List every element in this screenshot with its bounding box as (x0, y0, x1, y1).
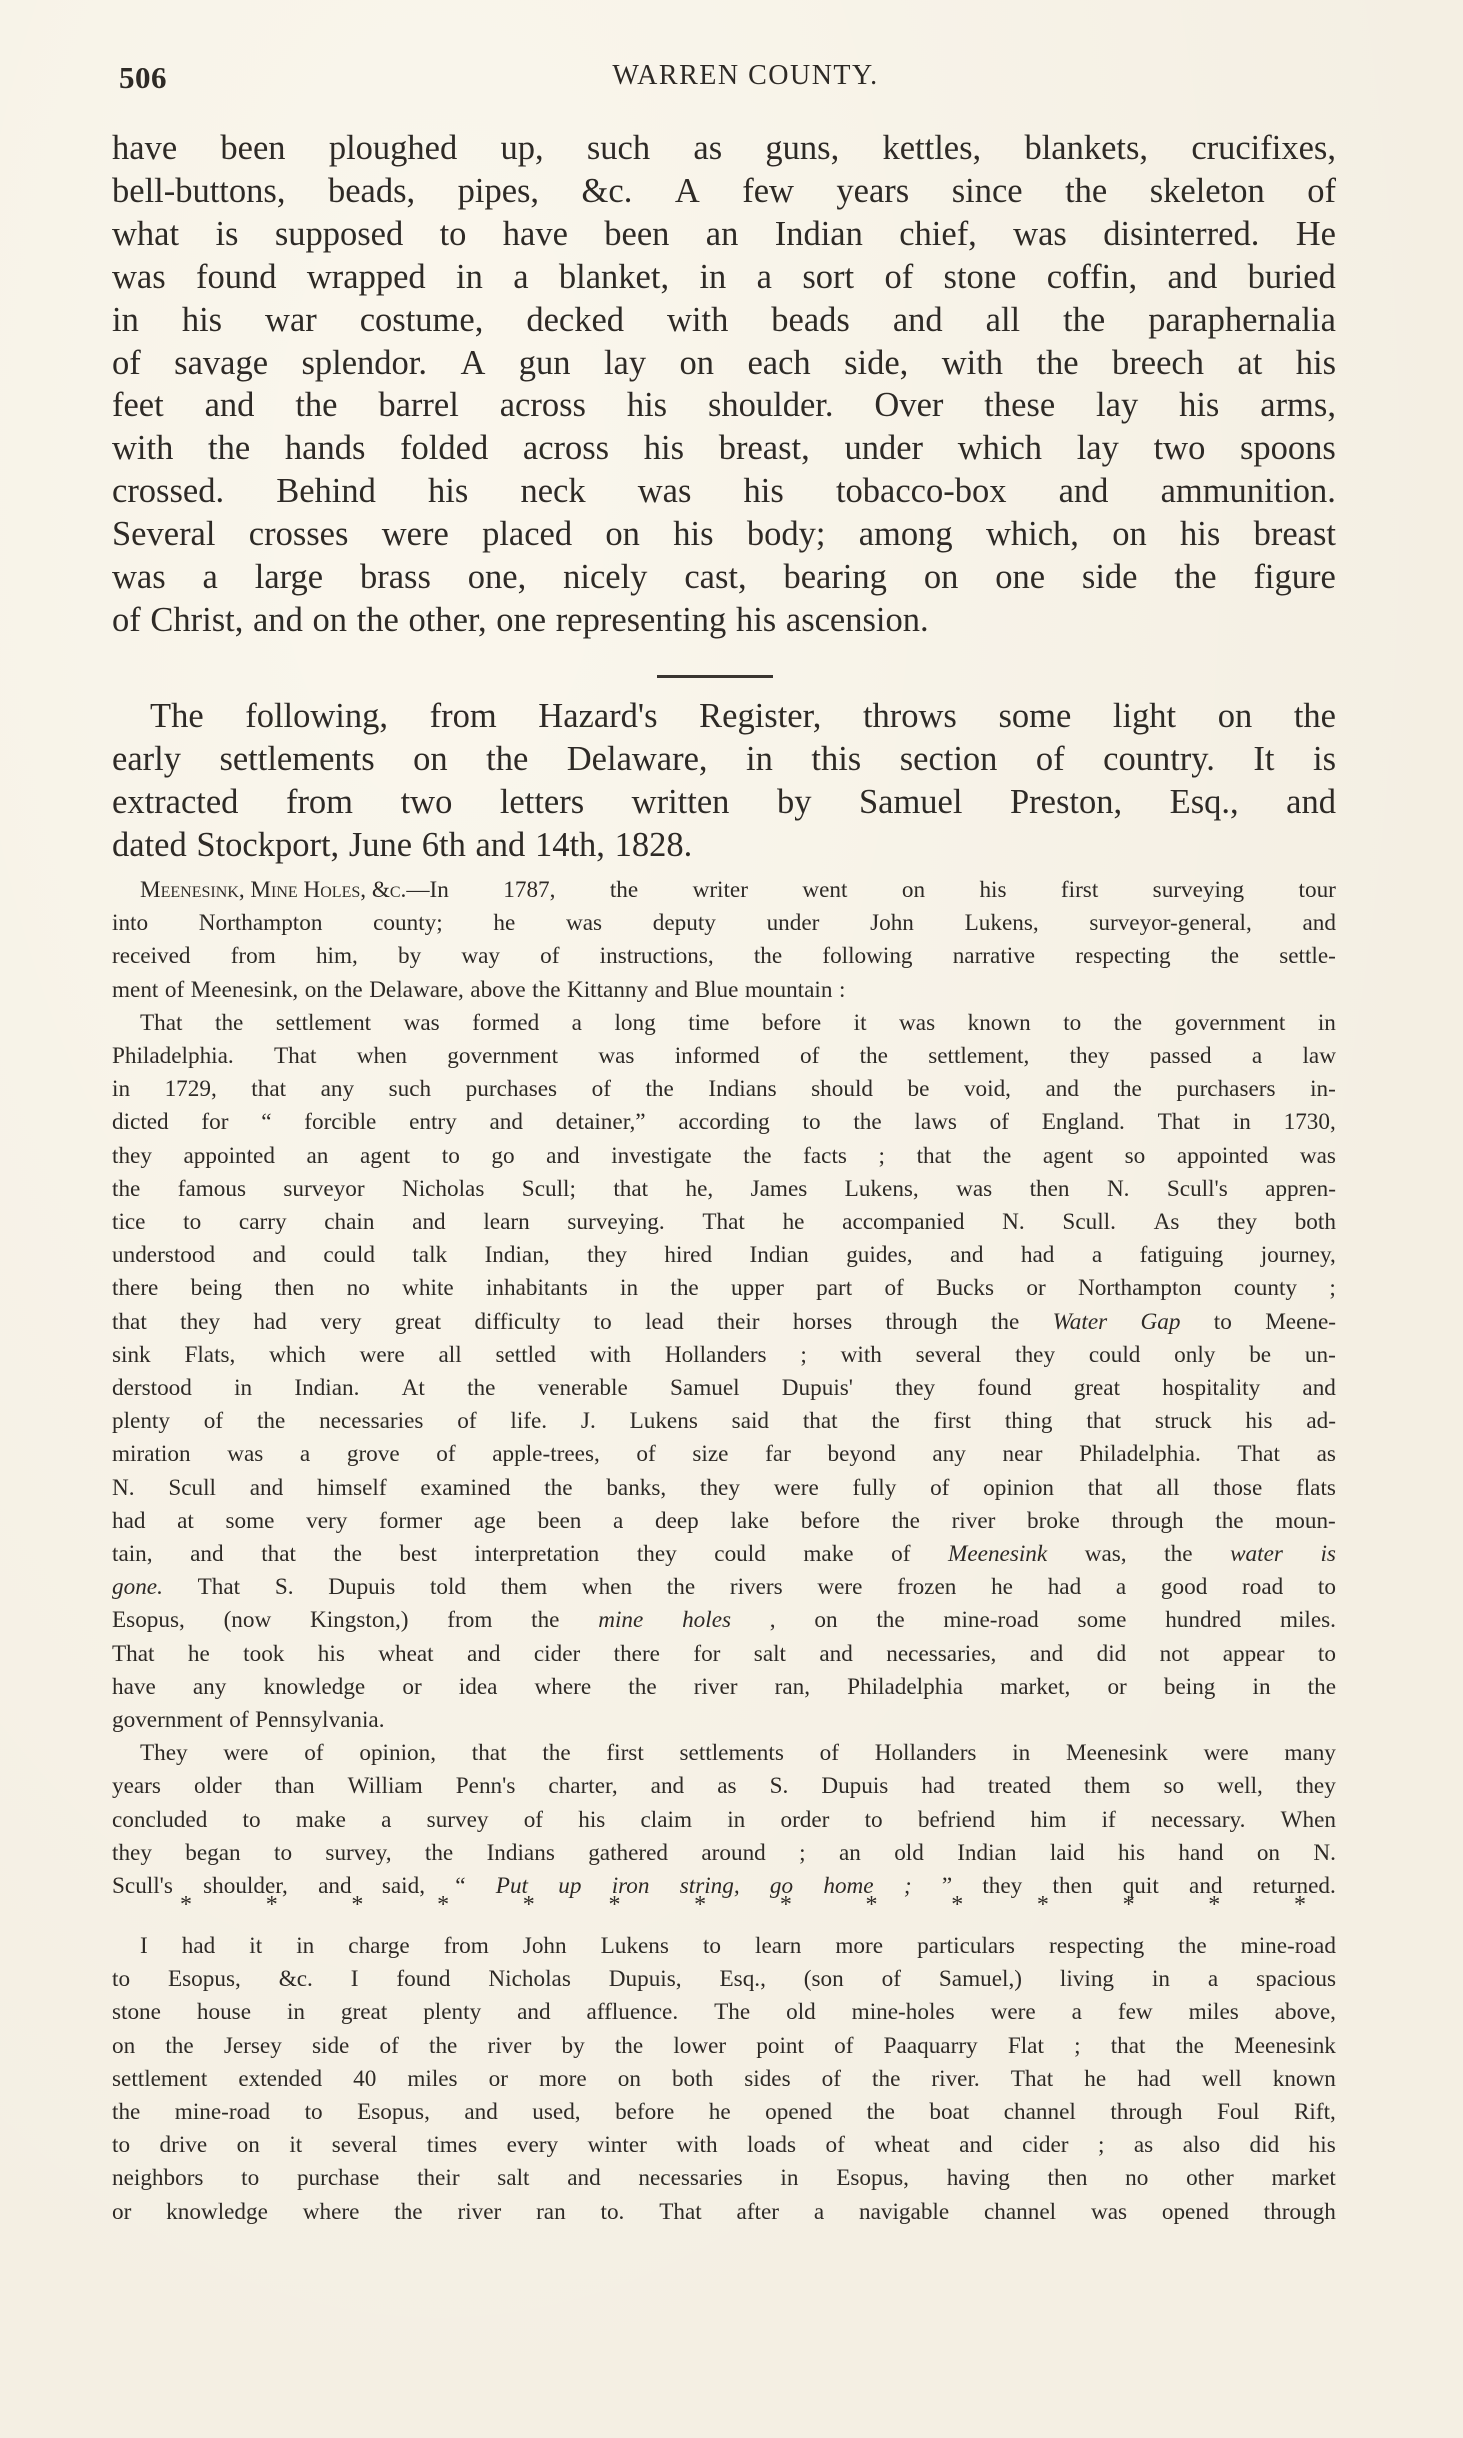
asterisk: * (523, 1892, 535, 1919)
text-line: gone.ThatS.Dupuistoldthemwhentheriverswe… (112, 1575, 1336, 1599)
text-line: IhaditinchargefromJohnLukenstolearnmorep… (140, 1934, 1336, 1958)
text-line: whatissupposedtohavebeenanIndianchief,wa… (112, 214, 1336, 254)
text-line: plentyofthenecessariesoflife.J.Lukenssai… (112, 1409, 1336, 1433)
text-line: hadatsomeveryformeragebeenadeeplakebefor… (112, 1509, 1336, 1533)
text-line: receivedfromhim,bywayofinstructions,thef… (112, 944, 1336, 968)
asterism-separator: ************** (180, 1892, 1306, 1919)
text-line: Severalcrosseswereplacedonhisbody;amongw… (112, 514, 1336, 554)
text-line: mirationwasagroveofapple-trees,ofsizefar… (112, 1442, 1336, 1466)
text-line: feetandthebarrelacrosshisshoulder.Overth… (112, 385, 1336, 425)
text-line: in1729,thatanysuchpurchasesoftheIndianss… (112, 1077, 1336, 1101)
asterisk: * (437, 1892, 449, 1919)
text-line: mentofMeenesink,ontheDelaware,abovetheKi… (112, 978, 1336, 1002)
text-line: therebeingthennowhiteinhabitantsintheupp… (112, 1276, 1336, 1300)
text-line: havebeenploughedup,suchasguns,kettles,bl… (112, 128, 1336, 168)
text-line: N.Scullandhimselfexaminedthebanks,theywe… (112, 1476, 1336, 1500)
text-line: haveanyknowledgeorideawheretheriverran,P… (112, 1675, 1336, 1699)
text-line: wasfoundwrappedinablanket,inasortofstone… (112, 257, 1336, 297)
text-line: settlementextended40milesormoreonbothsid… (112, 2067, 1336, 2091)
text-line: crossed.Behindhisneckwashistobacco-boxan… (112, 471, 1336, 511)
text-line: intoNorthamptoncounty;hewasdeputyunderJo… (112, 911, 1336, 935)
text-line: orknowledgewheretheriverranto.Thataftera… (112, 2200, 1336, 2224)
text-line: Esopus,(nowKingston,)fromthemineholes,on… (112, 1608, 1336, 1632)
text-line: earlysettlementsontheDelaware,inthissect… (112, 739, 1336, 779)
text-line: Thathetookhiswheatandciderthereforsaltan… (112, 1642, 1336, 1666)
text-line: neighborstopurchasetheirsaltandnecessari… (112, 2166, 1336, 2190)
text-line: ticetocarrychainandlearnsurveying.Thathe… (112, 1210, 1336, 1234)
text-line: Thefollowing,fromHazard'sRegister,throws… (150, 696, 1336, 736)
asterisk: * (1294, 1892, 1306, 1919)
asterisk: * (694, 1892, 706, 1919)
text-line: datedStockport,June6thand14th,1828. (112, 825, 1336, 865)
asterisk: * (780, 1892, 792, 1919)
text-line: inhiswarcostume,deckedwithbeadsandallthe… (112, 300, 1336, 340)
asterisk: * (866, 1892, 878, 1919)
text-line: dictedfor“forcibleentryanddetainer,”acco… (112, 1110, 1336, 1134)
asterisk: * (1123, 1892, 1135, 1919)
text-line: yearsolderthanWilliamPenn'scharter,andas… (112, 1774, 1336, 1798)
text-line: ontheJerseysideoftheriverbythelowerpoint… (112, 2034, 1336, 2058)
text-line: stonehouseingreatplentyandaffluence.Theo… (112, 2000, 1336, 2024)
text-line: understoodandcouldtalkIndian,theyhiredIn… (112, 1243, 1336, 1267)
text-line: concludedtomakeasurveyofhisclaiminordert… (112, 1808, 1336, 1832)
text-line: toEsopus,&c.IfoundNicholasDupuis,Esq.,(s… (112, 1967, 1336, 1991)
asterisk: * (951, 1892, 963, 1919)
text-line: Meenesink, Mine Holes, &c.—In1787,thewri… (140, 878, 1336, 902)
asterisk: * (180, 1892, 192, 1919)
asterisk: * (351, 1892, 363, 1919)
asterisk: * (608, 1892, 620, 1919)
extract-heading: Meenesink, Mine Holes, &c. (140, 877, 406, 903)
text-line: bell-buttons,beads,pipes,&c.Afewyearssin… (112, 171, 1336, 211)
section-divider (657, 675, 773, 678)
text-line: sinkFlats,whichwereallsettledwithHolland… (112, 1343, 1336, 1367)
asterisk: * (266, 1892, 278, 1919)
text-line: themine-roadtoEsopus,andused,beforeheope… (112, 2100, 1336, 2124)
text-line: Theywereofopinion,thatthefirstsettlement… (140, 1741, 1336, 1765)
text-line: tain,andthatthebestinterpretationtheycou… (112, 1542, 1336, 1566)
text-line: todriveonitseveraltimeseverywinterwithlo… (112, 2133, 1336, 2157)
text-line: Philadelphia.Thatwhengovernmentwasinform… (112, 1044, 1336, 1068)
text-line: theybegantosurvey,theIndiansgatheredarou… (112, 1841, 1336, 1865)
text-line: thefamoussurveyorNicholasScull;thathe,Ja… (112, 1177, 1336, 1201)
text-line: Thatthesettlementwasformedalongtimebefor… (140, 1011, 1336, 1035)
asterisk: * (1208, 1892, 1220, 1919)
running-title: WARREN COUNTY. (0, 60, 1463, 92)
text-line: extractedfromtwoletterswrittenbySamuelPr… (112, 782, 1336, 822)
text-line: ofChrist,andontheother,onerepresentinghi… (112, 600, 1336, 640)
text-line: derstoodinIndian.AtthevenerableSamuelDup… (112, 1376, 1336, 1400)
text-line: theyappointedanagenttogoandinvestigateth… (112, 1144, 1336, 1168)
text-line: wasalargebrassone,nicelycast,bearingonon… (112, 557, 1336, 597)
text-line: withthehandsfoldedacrosshisbreast,underw… (112, 428, 1336, 468)
text-line: governmentofPennsylvania. (112, 1708, 1336, 1732)
text-line: ofsavagesplendor.Agunlayoneachside,witht… (112, 343, 1336, 383)
text-line: thattheyhadverygreatdifficultytoleadthei… (112, 1310, 1336, 1334)
asterisk: * (1037, 1892, 1049, 1919)
